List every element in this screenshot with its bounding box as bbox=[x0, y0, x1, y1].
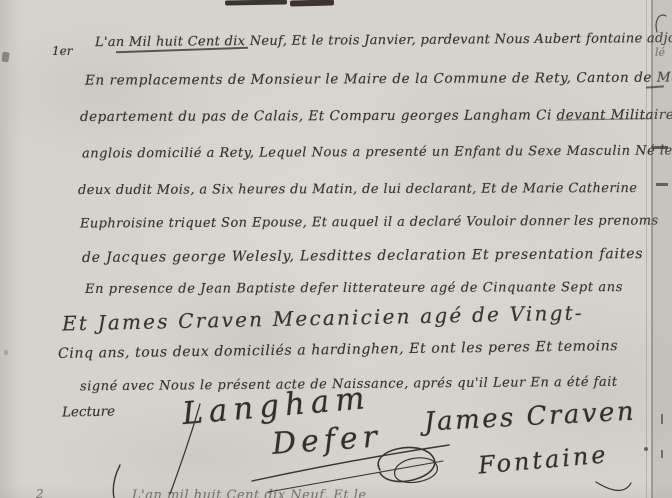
signature-defer: Defer bbox=[271, 419, 383, 462]
ink-dot bbox=[644, 447, 648, 451]
adjacent-page-tick bbox=[661, 414, 663, 424]
adjacent-page-tick bbox=[661, 450, 663, 458]
record-line-lecture: Lecture bbox=[62, 404, 115, 421]
record-number-margin: 1er bbox=[52, 44, 72, 58]
record-line-1: L'an Mil huit Cent dix Neuf, Et le trois… bbox=[95, 31, 672, 50]
adjacent-page-dash bbox=[652, 146, 668, 149]
next-record-number-margin: 2 bbox=[36, 487, 44, 498]
record-line-9: Et James Craven Mecanicien agé de Vingt- bbox=[62, 301, 584, 336]
adjacent-page-text-fragment: lé bbox=[655, 46, 665, 59]
previous-record-ink-fragment bbox=[290, 0, 334, 7]
margin-smudge bbox=[4, 350, 8, 355]
record-line-10: Cinq ans, tous deux domiciliés a harding… bbox=[58, 338, 618, 362]
page-fold-shadow bbox=[646, 0, 647, 498]
record-line-5: deux dudit Mois, a Six heures du Matin, … bbox=[78, 181, 637, 198]
scanned-birth-record-page: 1er L'an Mil huit Cent dix Neuf, Et le t… bbox=[0, 0, 672, 498]
record-line-8: En presence de Jean Baptiste defer litte… bbox=[85, 280, 623, 297]
margin-smudge bbox=[1, 52, 9, 63]
signature-fontaine: Fontaine bbox=[477, 440, 609, 479]
record-line-3: departement du pas de Calais, Et Comparu… bbox=[80, 107, 672, 125]
next-record-line-fragment: L'an mil huit Cent dix Neuf, Et le bbox=[132, 488, 367, 498]
record-line-4: anglois domicilié a Rety, Lequel Nous a … bbox=[82, 143, 672, 161]
record-line-7: de Jacques george Welesly, Lesdittes dec… bbox=[82, 246, 643, 266]
adjacent-page-dash bbox=[656, 183, 668, 186]
previous-record-ink-fragment bbox=[225, 0, 287, 6]
record-line-6: Euphroisine triquet Son Epouse, Et auque… bbox=[80, 213, 659, 231]
signature-james-craven: James Craven bbox=[423, 396, 636, 437]
record-line-2: En remplacements de Monsieur le Maire de… bbox=[85, 69, 672, 88]
